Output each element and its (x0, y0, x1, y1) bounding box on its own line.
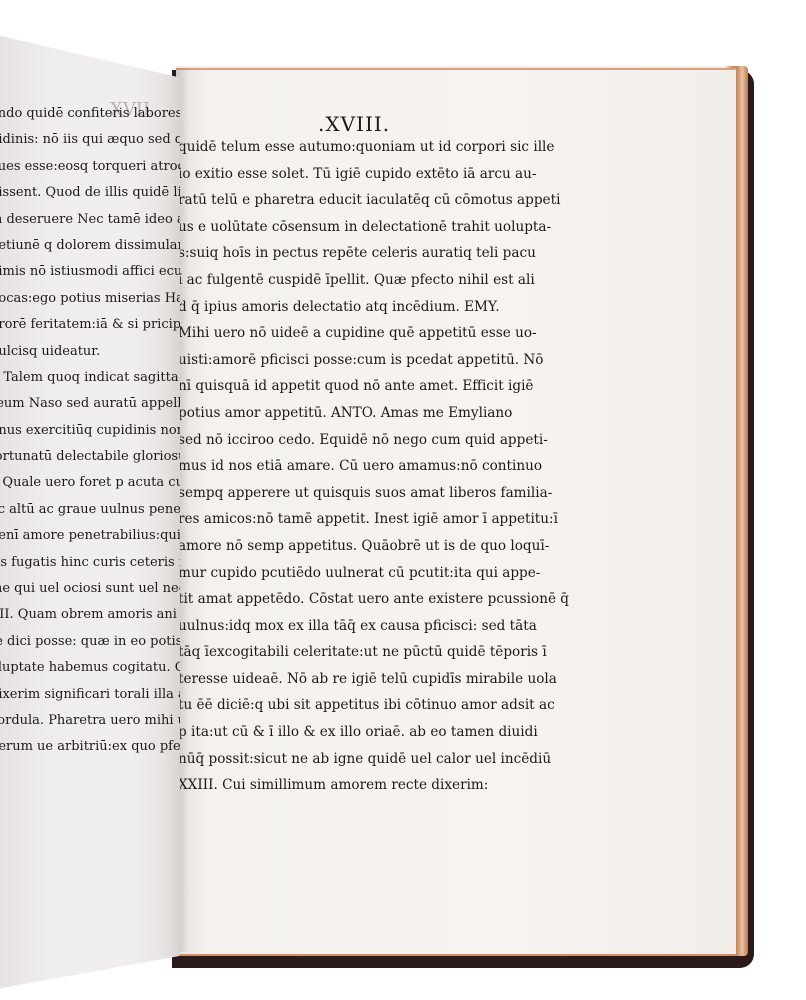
left-page-curled: XVII ando quidē confiteris labores iu pi… (0, 14, 180, 990)
text-line: uisti:amorē pficisci posse:cum is pcedat… (178, 347, 574, 374)
left-page-text: ando quidē confiteris labores iu pidinis… (0, 101, 180, 761)
text-line: I. Talem quoq indicat sagitta (0, 365, 180, 391)
text-line: unus exercitiūq cupidinis non (0, 418, 180, 444)
text-line: XXIII. Cui simillimum amorem recte dixer… (178, 772, 574, 799)
text-line: me qui uel ociosi sunt uel neglige (0, 576, 180, 602)
text-line: te dici posse: quæ in eo potissimum (0, 629, 180, 655)
text-line: reum Naso sed auratū appellād (0, 391, 180, 417)
text-line: oluptate habemus cogitatu. Cum (0, 655, 180, 681)
text-line: pidinis: nō iis qui æquo sed qui (0, 127, 180, 153)
text-line: dulcisq uideatur. (0, 339, 180, 365)
text-line: tu ēē diciē:q ubi sit appetitus ibi cōti… (178, 692, 574, 719)
text-line: uocas:ego potius miserias Habere (0, 286, 180, 312)
text-line: amore nō semp appetitus. Quāobrē ut is d… (178, 533, 574, 560)
text-line: tāq īexcogitabili celeritate:ut ne pūctū… (178, 639, 574, 666)
text-line: p ita:ut cū & ī illo & ex illo oriaē. ab… (178, 719, 574, 746)
text-line: s:suiq hoīs in pectus repēte celeris aur… (178, 240, 574, 267)
text-line: mur cupido pcutiēdo uulnerat cū pcutit:i… (178, 560, 574, 587)
text-line: Mihi uero nō uideē a cupidine quē appeti… (178, 320, 574, 347)
text-line: m deseruere Nec tamē ideo anim (0, 207, 180, 233)
text-line: us e uolūtate cōsensum in delectationē t… (178, 214, 574, 241)
text-line: ratū telū e pharetra educit iaculatēq cū… (178, 187, 574, 214)
text-line: ec altū ac graue uulnus penetrare (0, 497, 180, 523)
right-page-text: quidē telum esse autumo:quoniam ut id co… (178, 134, 574, 799)
text-line: d q̄ ipius amoris delectatio atq incēdiu… (178, 294, 574, 321)
text-line: res amicos:nō tamē appetit. Inest igiē a… (178, 506, 574, 533)
text-line: nī quisquā id appetit quod nō ante amet.… (178, 373, 574, 400)
text-line: aues esse:eosq torqueri atrocius (0, 154, 180, 180)
text-line: teresse uideaē. Nō ab re igiē telū cupid… (178, 666, 574, 693)
text-line: mus id nos etiā amare. Cū uero amamus:nō… (178, 453, 574, 480)
text-line: urorē feritatem:iā & si pricipio bl (0, 312, 180, 338)
text-line: dixerim significari torali illa arqu (0, 682, 180, 708)
text-line: nimis nō istiusmodi affici ecum (0, 259, 180, 285)
text-line: ī ac fulgentē cuspidē īpellit. Quæ pfect… (178, 267, 574, 294)
text-line: ando quidē confiteris labores iu (0, 101, 180, 127)
text-line: berum ue arbitriū:ex quo pfecta (0, 734, 180, 760)
text-line: io exitio esse solet. Tū igiē cupido ext… (178, 161, 574, 188)
text-line: uissent. Quod de illis quidē liceat (0, 180, 180, 206)
page-number: .XVIII. (318, 112, 390, 136)
text-line: petiunē q dolorem dissimulare (0, 233, 180, 259)
text-line: quidē telum esse autumo:quoniam ut id co… (178, 134, 574, 161)
text-line: XII. Quam obrem amoris ani (0, 602, 180, 628)
text-line: potius amor appetitū. ANTO. Amas me Emyl… (178, 400, 574, 427)
text-line: sed nō icciroo cedo. Equidē nō nego cum … (178, 427, 574, 454)
text-line: sempq apperere ut quisquis suos amat lib… (178, 480, 574, 507)
text-line: cordula. Pharetra uero mihi uidet (0, 708, 180, 734)
text-line: i. Quale uero foret p acuta cuspide (0, 470, 180, 496)
text-line: ris fugatis hinc curis ceteris illabē (0, 550, 180, 576)
text-line: tit amat appetēdo. Cōstat uero ante exis… (178, 586, 574, 613)
text-line: uulnus:idq mox ex illa tāq̄ ex causa pfi… (178, 613, 574, 640)
text-line: fortunatū delectabile gloriosum (0, 444, 180, 470)
text-line: l enī amore penetrabilius:qui cupid (0, 523, 180, 549)
text-line: nūq̄ possit:sicut ne ab igne quidē uel c… (178, 746, 574, 773)
